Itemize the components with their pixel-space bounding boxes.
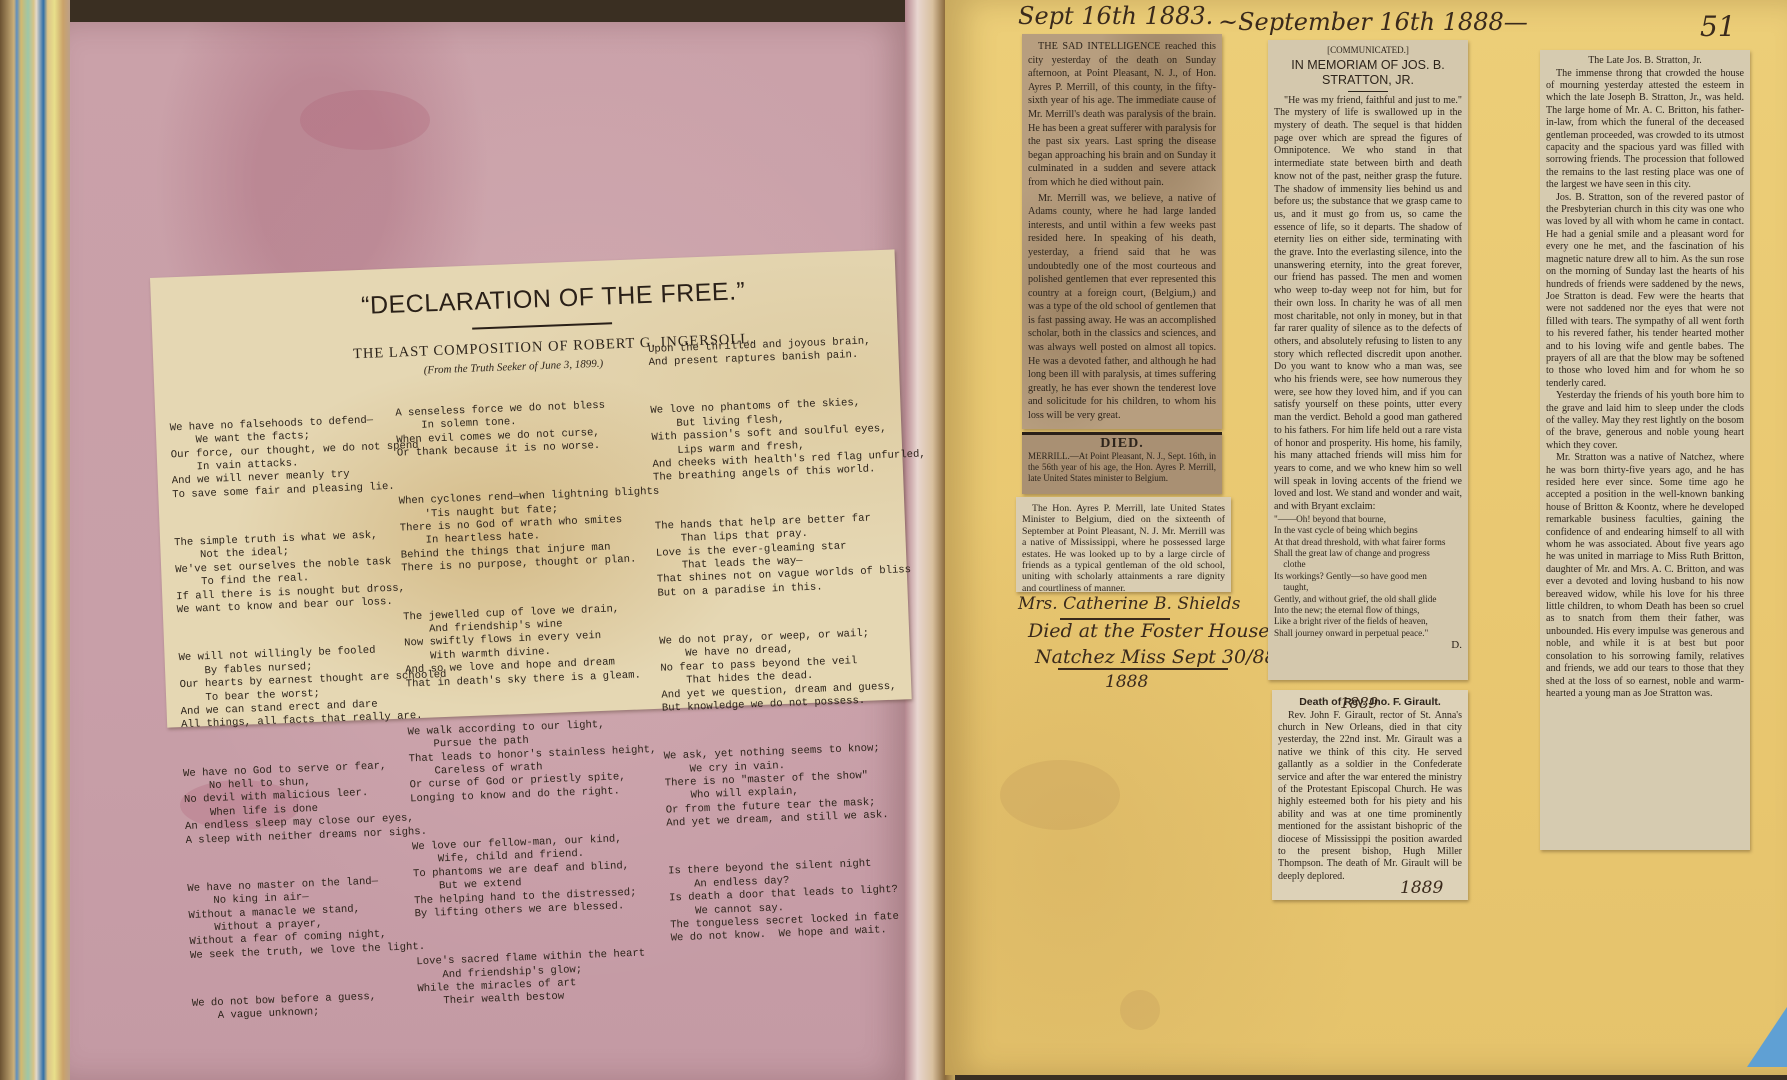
stratton-text: Mr. Stratton was a native of Natchez, wh…	[1546, 452, 1744, 700]
poem-stanza: A senseless force we do not bless In sol…	[395, 398, 637, 461]
memoriam-signature: D.	[1274, 639, 1462, 653]
poem-stanza: We have no falsehoods to defend— We want…	[170, 414, 393, 503]
obituary-paragraph: THE SAD INTELLIGENCE reached this city y…	[1028, 40, 1216, 190]
poem-stanza: We have no master on the land— No king i…	[187, 874, 410, 963]
poem-stanza: Upon the thrilled and joyous brain, And …	[648, 335, 889, 371]
handwritten-date-1883: Sept 16th 1883.	[1018, 2, 1213, 30]
memoriam-verse: "——Oh! beyond that bourne, In the vast c…	[1274, 514, 1462, 639]
page-number: 51	[1700, 10, 1736, 43]
handwritten-note-line-3: Natchez Miss Sept 30/88	[1035, 646, 1277, 668]
in-memoriam-clipping: [COMMUNICATED.] IN MEMORIAM OF JOS. B. S…	[1268, 40, 1468, 680]
heading-rule	[1348, 91, 1388, 92]
pink-stain	[300, 90, 430, 150]
water-stain	[1120, 990, 1160, 1030]
handwritten-year-girault: 1889	[1340, 694, 1378, 712]
stratton-text: Yesterday the friends of his youth bore …	[1546, 390, 1744, 452]
handwritten-year-girault-bottom: 1889	[1400, 878, 1443, 898]
poem-stanza: We do not pray, or weep, or wail; We hav…	[659, 626, 902, 716]
poem-stanza: We do not bow before a guess, A vague un…	[192, 990, 413, 1025]
memoriam-heading: IN MEMORIAM OF JOS. B. STRATTON, JR.	[1274, 58, 1462, 88]
poem-stanza: We love no phantoms of the skies, But li…	[650, 396, 893, 486]
poem-stanza: We will not willingly be fooled By fable…	[178, 644, 401, 733]
poem-column-1: We have no falsehoods to defend— We want…	[169, 387, 414, 1060]
poem-column-3: Upon the thrilled and joyous brain, And …	[647, 308, 912, 981]
handwritten-note-line-2: Died at the Foster House	[1028, 620, 1270, 642]
poem-stanza: We walk according to our light, Pursue t…	[407, 717, 650, 807]
declaration-of-the-free-clipping: “DECLARATION OF THE FREE.” THE LAST COMP…	[150, 249, 912, 727]
handwritten-date-1888: ~September 16th 1888—	[1218, 8, 1528, 36]
girault-text: Rev. John F. Girault, rector of St. Anna…	[1278, 710, 1462, 884]
died-text: MERRILL.—At Point Pleasant, N. J., Sept.…	[1028, 451, 1216, 484]
merrill-second-clipping: The Hon. Ayres P. Merrill, late United S…	[1016, 497, 1231, 592]
poem-stanza: Love's sacred flame within the heart And…	[416, 947, 658, 1010]
poem-stanza: We ask, yet nothing seems to know; We cr…	[664, 742, 907, 832]
late-jos-stratton-clipping: The Late Jos. B. Stratton, Jr. The immen…	[1540, 50, 1750, 850]
page-edge-tan	[0, 0, 70, 1080]
stratton-heading: The Late Jos. B. Stratton, Jr.	[1546, 54, 1744, 68]
poem-stanza: We love our fellow-man, our kind, Wife, …	[412, 832, 655, 922]
poem-column-2: A senseless force we do not bless In sol…	[394, 371, 659, 1044]
memoriam-text: "He was my friend, faithful and just to …	[1274, 95, 1462, 514]
merrill-obituary-clipping: THE SAD INTELLIGENCE reached this city y…	[1022, 34, 1222, 429]
died-heading: DIED.	[1028, 437, 1216, 451]
blue-corner-tab	[1747, 1007, 1787, 1067]
stratton-text: The immense throng that crowded the hous…	[1546, 68, 1744, 192]
title-rule	[472, 322, 612, 329]
poem-stanza: We have no God to serve or fear, No hell…	[183, 759, 406, 848]
died-notice-clipping: DIED. MERRILL.—At Point Pleasant, N. J.,…	[1022, 432, 1222, 494]
poem-stanza: Is there beyond the silent night An endl…	[668, 857, 911, 947]
poem-stanza: The simple truth is what we ask, Not the…	[174, 529, 397, 618]
water-stain	[1000, 760, 1120, 830]
poem-stanza: The jewelled cup of love we drain, And f…	[403, 602, 646, 692]
handwritten-note-line-4: 1888	[1105, 672, 1148, 692]
handwritten-underline	[1058, 668, 1228, 670]
girault-death-clipping: Death of Rev. Jno. F. Girault. Rev. John…	[1272, 690, 1468, 900]
merrill-second-text: The Hon. Ayres P. Merrill, late United S…	[1022, 503, 1225, 594]
memoriam-kicker: [COMMUNICATED.]	[1274, 44, 1462, 58]
poem-stanza: The hands that help are better far Than …	[655, 511, 898, 601]
obituary-paragraph: Mr. Merrill was, we believe, a native of…	[1028, 192, 1216, 423]
clipping-title: “DECLARATION OF THE FREE.”	[361, 277, 746, 321]
poem-stanza: When cyclones rend—when lightning blight…	[399, 487, 642, 577]
stratton-text: Jos. B. Stratton, son of the revered pas…	[1546, 192, 1744, 391]
handwritten-note-line-1: Mrs. Catherine B. Shields	[1018, 594, 1240, 614]
